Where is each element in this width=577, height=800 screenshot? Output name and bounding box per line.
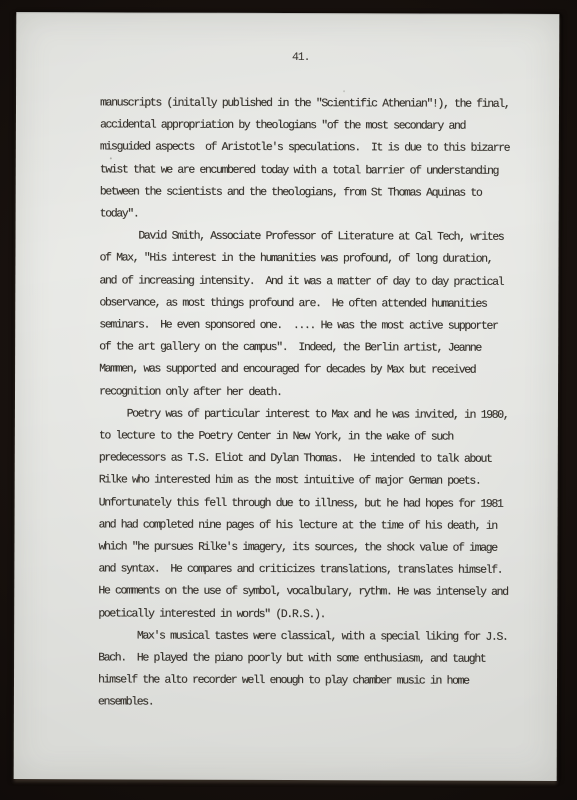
text-line: Rilke who interested him as the most int… bbox=[99, 470, 551, 494]
text-line: and of increasing intensity. And it was … bbox=[99, 270, 551, 294]
paper-speck bbox=[110, 157, 112, 159]
text-line: manuscripts (initally published in the "… bbox=[100, 92, 552, 116]
document-page: 41. manuscripts (initally published in t… bbox=[14, 12, 560, 781]
text-line: Mammen, was supported and encouraged for… bbox=[99, 359, 551, 383]
text-line: David Smith, Associate Professor of Lite… bbox=[100, 226, 552, 250]
paper-speck bbox=[446, 305, 448, 307]
text-line: poetically interested in words" (D.R.S.)… bbox=[98, 603, 550, 627]
text-line: today". bbox=[100, 203, 552, 227]
text-line: Max's musical tastes were classical, wit… bbox=[98, 625, 550, 649]
text-line: ensembles. bbox=[98, 692, 550, 716]
text-line: of Max, "His interest in the humanities … bbox=[99, 248, 551, 272]
page-body-text: manuscripts (initally published in the "… bbox=[98, 92, 552, 715]
text-line: himself the alto recorder well enough to… bbox=[98, 670, 550, 694]
text-line: and had completed nine pages of his lect… bbox=[99, 514, 551, 538]
scanned-photo-background: 41. manuscripts (initally published in t… bbox=[0, 0, 577, 800]
page-number: 41. bbox=[16, 50, 559, 65]
text-line: misguided aspects of Aristotle's specula… bbox=[100, 137, 552, 161]
text-line: Poetry was of particular interest to Max… bbox=[99, 403, 551, 427]
text-line: He comments on the use of symbol, vocalb… bbox=[98, 581, 550, 605]
text-line: Bach. He played the piano poorly but wit… bbox=[98, 647, 550, 671]
text-line: to lecture to the Poetry Center in New Y… bbox=[99, 425, 551, 449]
text-line: which "he pursues Rilke's imagery, its s… bbox=[98, 536, 550, 560]
text-line: and syntax. He compares and criticizes t… bbox=[98, 559, 550, 583]
text-line: Unfortunately this fell through due to i… bbox=[99, 492, 551, 516]
text-line: accidental appropriation by theologians … bbox=[100, 115, 552, 139]
paper-speck bbox=[343, 90, 345, 92]
text-line: between the scientists and the theologia… bbox=[100, 181, 552, 205]
text-line: observance, as most things profound are.… bbox=[99, 292, 551, 316]
text-line: of the art gallery on the campus". Indee… bbox=[99, 337, 551, 361]
text-line: recognition only after her death. bbox=[99, 381, 551, 405]
text-line: predecessors as T.S. Eliot and Dylan Tho… bbox=[99, 448, 551, 472]
text-line: seminars. He even sponsored one. .... He… bbox=[99, 314, 551, 338]
text-line: twist that we are encumbered today with … bbox=[100, 159, 552, 183]
